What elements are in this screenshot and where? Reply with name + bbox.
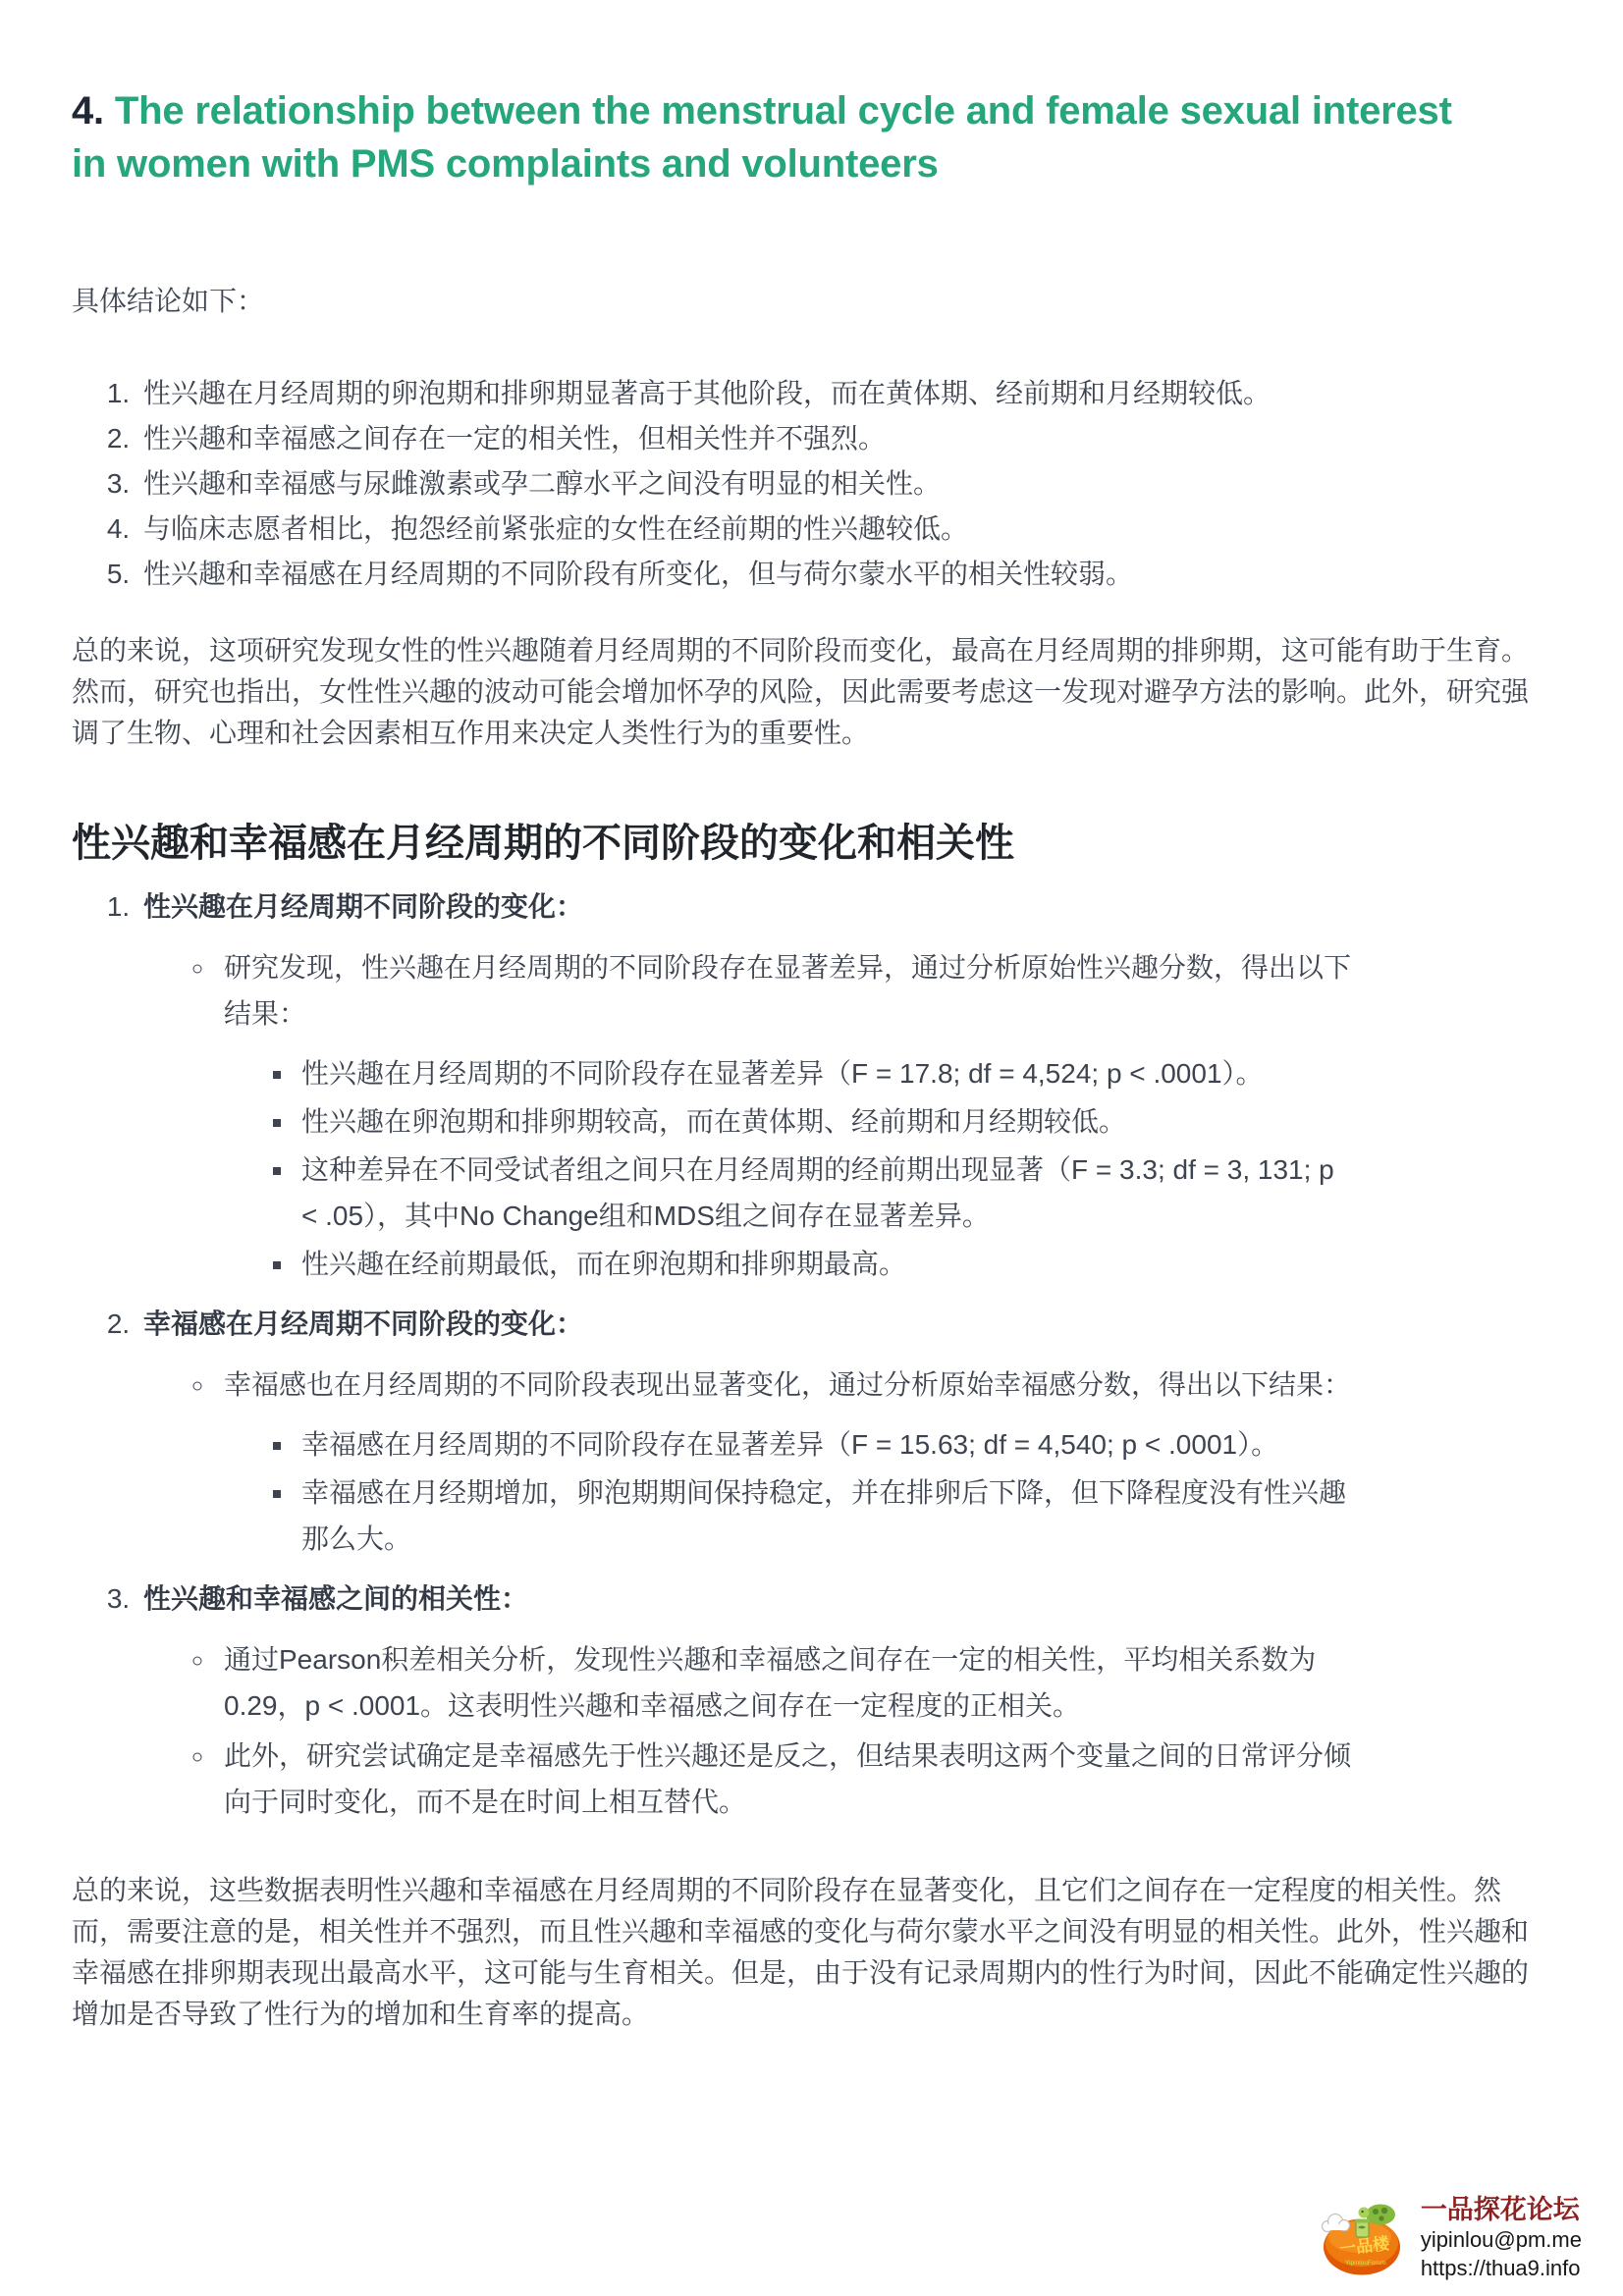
subsection-intro: 研究发现，性兴趣在月经周期的不同阶段存在显著差异，通过分析原始性兴趣分数，得出以… — [224, 952, 1351, 1029]
list-item: 幸福感也在月经周期的不同阶段表现出显著变化，通过分析原始幸福感分数，得出以下结果… — [216, 1362, 1375, 1562]
summary-paragraph: 总的来说，这项研究发现女性的性兴趣随着月经周期的不同阶段而变化，最高在月经周期的… — [72, 630, 1551, 754]
finding-item: 性兴趣在卵泡期和排卵期较高，而在黄体期、经前期和月经期较低。 — [296, 1098, 1356, 1145]
logo-subtext: YipinlouForum — [1345, 2260, 1386, 2267]
note-item: 通过Pearson积差相关分析，发现性兴趣和幸福感之间存在一定的相关性，平均相关… — [216, 1636, 1375, 1729]
subsection-intro: 幸福感也在月经周期的不同阶段表现出显著变化，通过分析原始幸福感分数，得出以下结果… — [224, 1369, 1351, 1400]
list-item: 性兴趣和幸福感在月经周期的不同阶段有所变化，但与荷尔蒙水平的相关性较弱。 — [137, 552, 1551, 597]
yipinlou-logo: 一品楼 YipinlouForum — [1315, 2200, 1409, 2276]
analysis-item-3: 性兴趣和幸福感之间的相关性： 通过Pearson积差相关分析，发现性兴趣和幸福感… — [137, 1575, 1551, 1825]
finding-item: 性兴趣在月经周期的不同阶段存在显著差异（F = 17.8; df = 4,524… — [296, 1050, 1356, 1096]
conclusions-list: 性兴趣在月经周期的卵泡期和排卵期显著高于其他阶段，而在黄体期、经前期和月经期较低… — [72, 371, 1551, 597]
analysis-item-2: 幸福感在月经周期不同阶段的变化： 幸福感也在月经周期的不同阶段表现出显著变化，通… — [137, 1301, 1551, 1562]
forum-name: 一品探花论坛 — [1421, 2196, 1582, 2223]
title-number: 4. — [72, 89, 104, 133]
yipinlou-logo-icon: 一品楼 YipinlouForum — [1315, 2200, 1409, 2276]
note-item: 此外，研究尝试确定是幸福感先于性兴趣还是反之，但结果表明这两个变量之间的日常评分… — [216, 1733, 1375, 1825]
document-page: { "doc": { "title": { "number": "4.", "t… — [0, 0, 1623, 2296]
subsection-title: 幸福感在月经周期不同阶段的变化： — [143, 1308, 583, 1339]
finding-item: 幸福感在月经周期的不同阶段存在显著差异（F = 15.63; df = 4,54… — [296, 1421, 1356, 1468]
analysis-item-1: 性兴趣在月经周期不同阶段的变化： 研究发现，性兴趣在月经周期的不同阶段存在显著差… — [137, 883, 1551, 1287]
forum-email: yipinlou@pm.me — [1421, 2228, 1582, 2252]
watermark-text-block: 一品探花论坛 yipinlou@pm.me https://thua9.info — [1421, 2196, 1582, 2280]
subsection-intro-list: 幸福感也在月经周期的不同阶段表现出显著变化，通过分析原始幸福感分数，得出以下结果… — [143, 1362, 1551, 1562]
subsection-title: 性兴趣和幸福感之间的相关性： — [143, 1583, 528, 1614]
findings-list: 幸福感在月经周期的不同阶段存在显著差异（F = 15.63; df = 4,54… — [224, 1421, 1375, 1562]
closing-paragraph: 总的来说，这些数据表明性兴趣和幸福感在月经周期的不同阶段存在显著变化，且它们之间… — [72, 1870, 1551, 2035]
finding-item: 幸福感在月经期增加，卵泡期期间保持稳定，并在排卵后下降，但下降程度没有性兴趣那么… — [296, 1469, 1356, 1562]
list-item: 与临床志愿者相比，抱怨经前紧张症的女性在经前期的性兴趣较低。 — [137, 507, 1551, 552]
title-text: The relationship between the menstrual c… — [72, 89, 1452, 186]
document-content: 4. The relationship between the menstrua… — [0, 84, 1623, 2035]
analysis-list: 性兴趣在月经周期不同阶段的变化： 研究发现，性兴趣在月经周期的不同阶段存在显著差… — [72, 883, 1551, 1825]
section-heading: 性兴趣和幸福感在月经周期的不同阶段的变化和相关性 — [72, 817, 1551, 870]
finding-item: 这种差异在不同受试者组之间只在月经周期的经前期出现显著（F = 3.3; df … — [296, 1147, 1356, 1239]
lead-text: 具体结论如下： — [72, 281, 1551, 322]
list-item: 研究发现，性兴趣在月经周期的不同阶段存在显著差异，通过分析原始性兴趣分数，得出以… — [216, 944, 1375, 1287]
findings-list: 性兴趣在月经周期的不同阶段存在显著差异（F = 17.8; df = 4,524… — [224, 1050, 1375, 1287]
subsection-intro-list: 研究发现，性兴趣在月经周期的不同阶段存在显著差异，通过分析原始性兴趣分数，得出以… — [143, 944, 1551, 1287]
page-title: 4. The relationship between the menstrua… — [72, 84, 1466, 190]
list-item: 性兴趣和幸福感之间存在一定的相关性，但相关性并不强烈。 — [137, 416, 1551, 461]
list-item: 性兴趣和幸福感与尿雌激素或孕二醇水平之间没有明显的相关性。 — [137, 461, 1551, 507]
list-item: 性兴趣在月经周期的卵泡期和排卵期显著高于其他阶段，而在黄体期、经前期和月经期较低… — [137, 371, 1551, 416]
forum-watermark: 一品楼 YipinlouForum 一品探花论坛 yipinlou@pm.me … — [1315, 2196, 1582, 2280]
finding-item: 性兴趣在经前期最低，而在卵泡期和排卵期最高。 — [296, 1241, 1356, 1287]
forum-url: https://thua9.info — [1421, 2257, 1582, 2280]
subsection-title: 性兴趣在月经周期不同阶段的变化： — [143, 891, 583, 922]
notes-list: 通过Pearson积差相关分析，发现性兴趣和幸福感之间存在一定的相关性，平均相关… — [143, 1636, 1551, 1825]
